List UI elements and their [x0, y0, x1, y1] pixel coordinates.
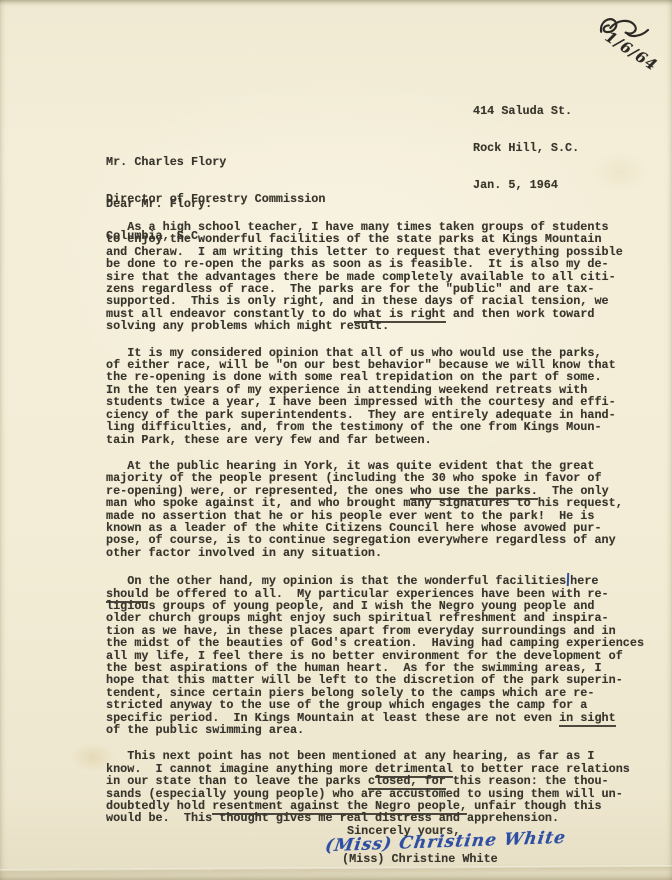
text-segment: would be. This thought gives me real dis… [106, 811, 559, 825]
letter-line: solving any problems which might result. [106, 320, 662, 332]
letter-line: other factor involved in any situation. [106, 547, 662, 559]
text-segment: tain Park, these are very few and far be… [106, 433, 432, 447]
letter-line: would be. This thought gives me real dis… [106, 812, 662, 824]
underlined-text: in sight [559, 711, 616, 727]
letter-line: On the other hand, my opinion is that th… [106, 573, 662, 587]
paper-crease [0, 865, 672, 872]
sender-address: 414 Saluda St. Rock Hill, S.C. Jan. 5, 1… [473, 80, 579, 216]
sender-address-line: 414 Saluda St. [473, 105, 579, 117]
paper-stain [590, 150, 650, 194]
text-segment: of the public swimming area. [106, 723, 304, 737]
salutation: Dear Mr. Flory: [106, 198, 212, 210]
handwritten-annotation: 1/6/64 [578, 12, 664, 88]
text-segment: solving any problems which might result. [106, 319, 389, 333]
typed-signature: (Miss) Christine White [342, 853, 498, 865]
insertion-caret-mark [567, 573, 569, 586]
letter-page: 1/6/64 414 Saluda St. Rock Hill, S.C. Ja… [0, 0, 672, 880]
letter-line: tain Park, these are very few and far be… [106, 434, 662, 446]
sender-address-line: Rock Hill, S.C. [473, 142, 579, 154]
text-segment: and then work toward [446, 307, 595, 321]
text-segment: other factor involved in any situation. [106, 546, 382, 560]
paragraph: This next point has not been mentioned a… [106, 750, 662, 824]
paragraph: As a high school teacher, I have many ti… [106, 221, 662, 333]
recipient-address-line: Mr. Charles Flory [106, 156, 325, 168]
sender-address-line: Jan. 5, 1964 [473, 179, 579, 191]
paragraph: At the public hearing in York, it was qu… [106, 460, 662, 559]
paragraph: It is my considered opinion that all of … [106, 347, 662, 446]
letter-body: As a high school teacher, I have many ti… [106, 221, 662, 839]
paragraph: On the other hand, my opinion is that th… [106, 573, 662, 736]
